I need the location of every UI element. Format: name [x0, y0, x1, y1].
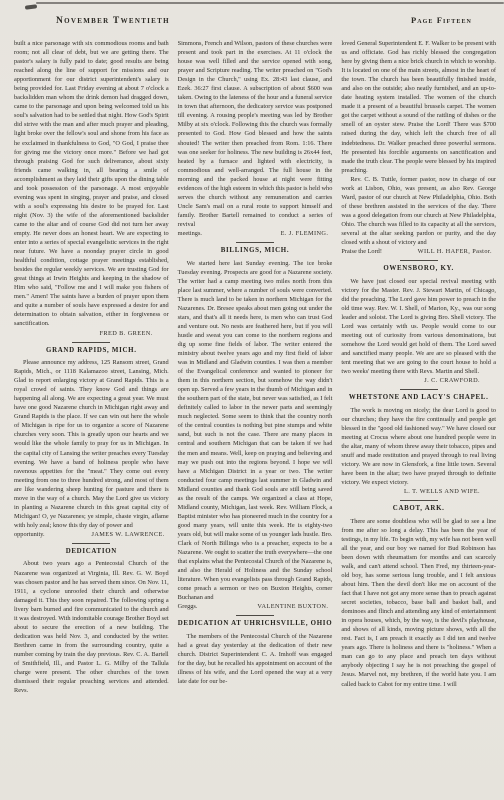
paragraph: The work is moving on nicely; the dear L… [341, 406, 496, 487]
signature-line: Greggs. VALENTINE BUXTON. [178, 602, 333, 611]
section-divider [400, 500, 438, 501]
signature: VALENTINE BUXTON. [257, 602, 332, 611]
paragraph: Simmons, French and Wilson, pastors of t… [178, 39, 333, 229]
section-divider [72, 342, 110, 343]
section-divider [236, 615, 274, 616]
newspaper-page: November Twentieth Page Fifteen built a … [0, 0, 504, 800]
signature: FRED B. GREEN. [14, 329, 169, 338]
section-heading: CABOT, ARK. [341, 504, 496, 514]
paragraph-end: Greggs. [178, 602, 198, 611]
header-page-number: Page Fifteen [411, 15, 472, 25]
paragraph: We started here last Sunday evening. The… [178, 259, 333, 603]
section-divider [236, 242, 274, 243]
header-date: November Twentieth [56, 16, 170, 26]
column-3: loved General Superintendent E. F. Walke… [341, 39, 496, 695]
section-divider [400, 389, 438, 390]
paragraph-end: Praise the Lord! [341, 247, 382, 256]
section-heading: BILLINGS, MICH. [178, 246, 333, 256]
scan-artifact-line [36, 2, 504, 4]
signature: J. C. CRAWFORD. [341, 376, 496, 385]
signature: WILL H. HAFER, Pastor. [418, 247, 496, 256]
signature-line: Praise the Lord! WILL H. HAFER, Pastor. [341, 247, 496, 256]
paragraph: There are some doubtless who will be gla… [341, 517, 496, 689]
paragraph: The members of the Pentecostal Church of… [178, 632, 333, 686]
section-divider [72, 543, 110, 544]
signature: E. J. FLEMING. [281, 229, 333, 238]
section-heading: DEDICATION AT UHRICHSVILLE, OHIO [178, 619, 333, 629]
paragraph-end: meetings. [178, 229, 202, 238]
paragraph: Rev. C. B. Tuttle, former pastor, now in… [341, 175, 496, 247]
column-layout: built a nice parsonage with six commodio… [0, 26, 504, 695]
signature-line: meetings. E. J. FLEMING. [178, 229, 333, 238]
paragraph: Please announce my address, 125 Ransom s… [14, 358, 169, 530]
section-heading: WHETSTONE AND LACY'S CHAPEL. [341, 393, 496, 403]
paragraph: About two years ago a Pentecostal Church… [14, 559, 169, 695]
section-heading: GRAND RAPIDS, MICH. [14, 346, 169, 356]
paragraph: built a nice parsonage with six commodio… [14, 39, 169, 329]
section-divider [400, 260, 438, 261]
column-1: built a nice parsonage with six commodio… [14, 39, 169, 695]
signature: JAMES W. LAWRENCE. [92, 530, 169, 539]
signature-line: opportunity. JAMES W. LAWRENCE. [14, 530, 169, 539]
paragraph-end: opportunity. [14, 530, 45, 539]
section-heading: OWENSBORO, KY. [341, 264, 496, 274]
section-heading: DEDICATION [14, 547, 169, 557]
signature: L. T. WELLS AND WIFE. [341, 487, 496, 496]
column-2: Simmons, French and Wilson, pastors of t… [178, 39, 333, 695]
paragraph: loved General Superintendent E. F. Walke… [341, 39, 496, 175]
paragraph: We have just closed our special revival … [341, 277, 496, 377]
